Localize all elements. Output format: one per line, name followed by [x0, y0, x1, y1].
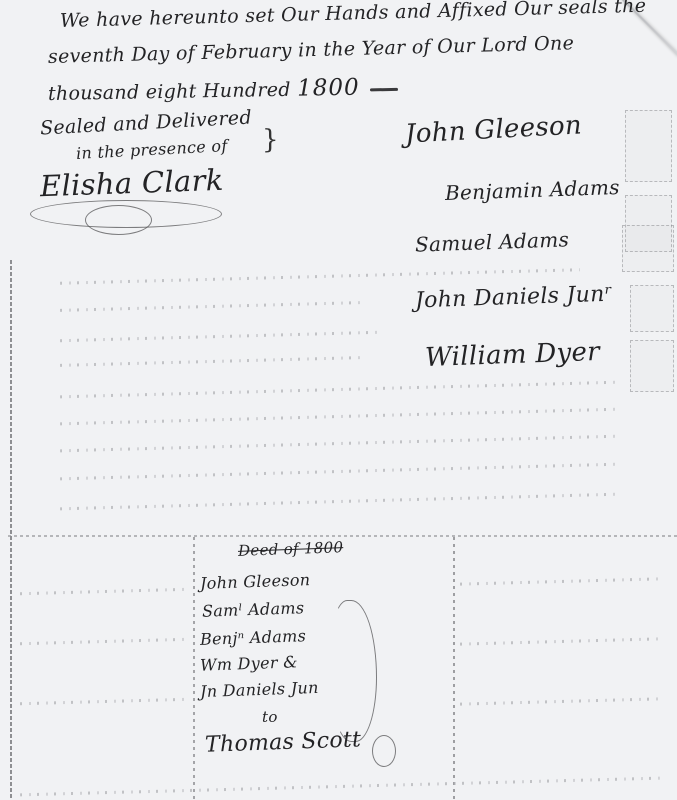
witness-signature: Elisha Clark [39, 163, 224, 203]
grantee-flourish [372, 735, 396, 767]
endorsement-name: Benjⁿ Adams [200, 626, 307, 649]
bleed-through-text [20, 698, 190, 705]
attestation-line-2: seventh Day of February in the Year of O… [48, 32, 575, 68]
bleed-through-text [460, 697, 660, 705]
attestation-year-words: thousand eight Hundred [48, 79, 291, 105]
endorsement-panel-right-edge [453, 537, 455, 800]
pen-stroke-dash [370, 87, 398, 90]
signatory-benjamin-adams: Benjamin Adams [445, 175, 620, 205]
bleed-through-text [60, 381, 620, 399]
endorsement-panel-left-edge [193, 537, 195, 800]
bleed-through-text [60, 435, 620, 453]
endorsement-to-label: to [262, 708, 278, 726]
endorsement-name: John Gleeson [200, 570, 311, 593]
wax-seal-mark-4 [630, 285, 674, 332]
signatory-samuel-adams: Samuel Adams [415, 227, 570, 256]
bleed-through-text [60, 331, 380, 342]
bleed-through-text [20, 638, 190, 645]
wax-seal-mark-1 [625, 110, 672, 182]
endorsement-name: Samˡ Adams [202, 598, 305, 621]
endorsement-title: Deed of 1800 [238, 538, 344, 560]
endorsement-name: Wm Dyer & [200, 652, 298, 674]
bleed-through-text [460, 577, 660, 585]
bleed-through-text [60, 356, 360, 367]
wax-seal-mark-3 [622, 225, 674, 272]
attestation-line-1: We have hereunto set Our Hands and Affix… [60, 0, 647, 32]
endorsement-grantee: Thomas Scott [205, 727, 362, 757]
deed-scan-page: We have hereunto set Our Hands and Affix… [0, 0, 677, 800]
bleed-through-text [20, 588, 190, 595]
attestation-year: 1800 [297, 75, 360, 102]
wax-seal-mark-5 [630, 340, 674, 392]
bleed-through-text [60, 301, 360, 312]
horizontal-fold-line [8, 535, 677, 537]
signatory-john-gleeson: John Gleeson [404, 110, 582, 149]
endorsement-bracket-flourish [330, 600, 377, 742]
bleed-through-text [460, 637, 660, 645]
bleed-through-text [60, 463, 620, 481]
bleed-through-text [60, 268, 580, 285]
in-presence-of-text: in the presence of [76, 136, 228, 163]
signatory-john-daniels-jun: John Daniels Junʳ [415, 282, 613, 314]
attestation-line-3: thousand eight Hundred 1800 [48, 74, 398, 106]
endorsement-name: Jn Daniels Jun [200, 678, 319, 701]
signature-flourish-loop [85, 205, 152, 235]
bleed-through-text [60, 493, 620, 511]
bleed-through-text [20, 777, 660, 797]
sealed-delivered-heading: Sealed and Delivered [40, 106, 253, 139]
brace-mark: } [262, 125, 279, 155]
bleed-through-text [60, 408, 620, 426]
left-margin-edge [10, 260, 12, 800]
signatory-william-dyer: William Dyer [425, 337, 601, 373]
